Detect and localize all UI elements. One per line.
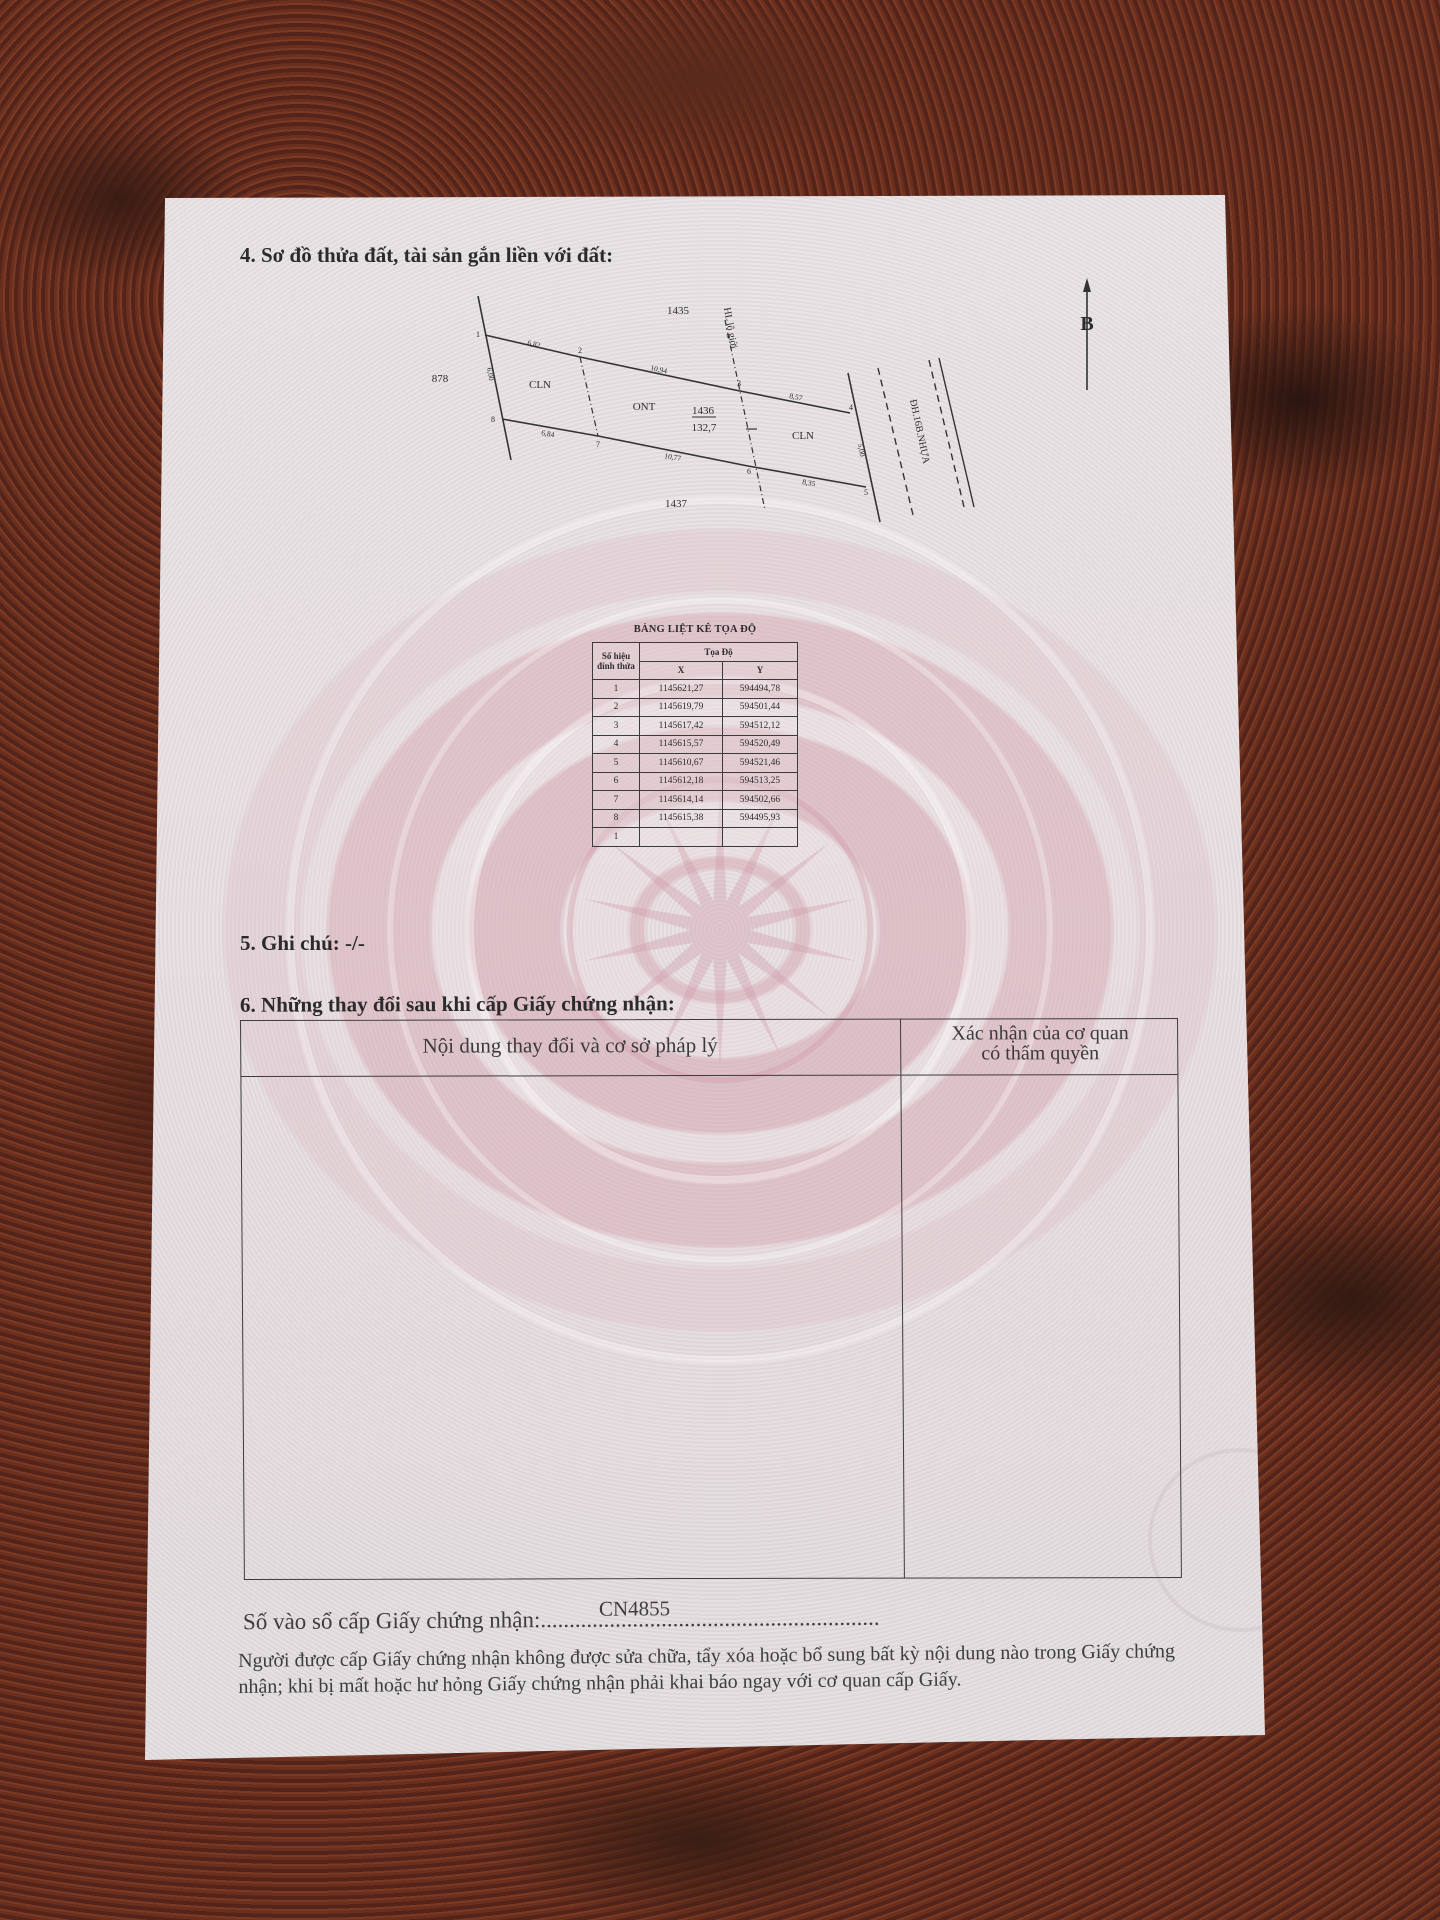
svg-text:8: 8 <box>491 415 495 424</box>
coordinate-row: 41145615,57594520,49 <box>593 735 798 754</box>
svg-text:6,82: 6,82 <box>527 338 542 350</box>
coordinate-cell-y: 594520,49 <box>722 735 797 754</box>
coordinate-cell-x: 1145621,27 <box>640 680 723 699</box>
neighbor-west: 878 <box>432 373 449 385</box>
coordinate-row: 81145615,38594495,93 <box>593 809 798 828</box>
svg-text:3: 3 <box>737 379 741 388</box>
land-use-left: CLN <box>529 379 551 391</box>
col-x-header: X <box>640 661 723 680</box>
registration-line: Số vào sổ cấp Giấy chứng nhận:..........… <box>243 1605 880 1635</box>
changes-table: Nội dung thay đổi và cơ sở pháp lý Xác n… <box>240 1018 1182 1580</box>
coordinate-row: 11145621,27594494,78 <box>593 680 798 699</box>
coordinate-cell-x: 1145610,67 <box>640 754 723 773</box>
registration-number: CN4855 <box>599 1596 670 1621</box>
coordinate-cell-x: 1145617,42 <box>640 717 723 736</box>
parcel-area: 132,7 <box>692 422 717 434</box>
coordinate-cell-point: 3 <box>593 717 640 736</box>
changes-confirm-header: Xác nhận của cơ quan có thẩm quyền <box>902 1023 1178 1064</box>
svg-text:1: 1 <box>476 330 480 339</box>
registration-label: Số vào sổ cấp Giấy chứng nhận: <box>243 1607 541 1634</box>
col-group-header: Tọa Độ <box>640 643 798 662</box>
svg-text:10,77: 10,77 <box>664 451 682 463</box>
coordinate-cell-x: 1145619,79 <box>640 698 723 717</box>
col-point-header: Số hiệu đỉnh thửa <box>593 643 640 680</box>
coordinate-row: 31145617,42594512,12 <box>593 717 798 736</box>
coordinate-cell-point: 4 <box>593 735 640 754</box>
coordinate-cell-point: 1 <box>593 828 640 847</box>
coordinate-cell-x: 1145614,14 <box>640 791 723 810</box>
coordinate-cell-y <box>722 828 797 847</box>
svg-text:2: 2 <box>578 346 582 355</box>
land-use-right: CLN <box>792 430 814 442</box>
svg-text:7: 7 <box>596 440 600 449</box>
parcel-number: 1436 <box>692 405 715 417</box>
svg-text:6: 6 <box>747 467 751 476</box>
coordinate-cell-point: 2 <box>593 698 640 717</box>
coordinate-row: 51145610,67594521,46 <box>593 754 798 773</box>
coordinate-cell-y: 594494,78 <box>722 680 797 699</box>
svg-text:6,00: 6,00 <box>485 367 496 382</box>
coordinate-row: 61145612,18594513,25 <box>593 772 798 791</box>
coordinate-cell-x: 1145615,57 <box>640 735 723 754</box>
svg-text:5,00: 5,00 <box>856 443 867 458</box>
coordinate-cell-y: 594513,25 <box>722 772 797 791</box>
svg-text:4: 4 <box>849 403 853 412</box>
coordinate-cell-point: 5 <box>593 754 640 773</box>
col-y-header: Y <box>722 661 797 680</box>
coordinate-cell-y: 594521,46 <box>722 754 797 773</box>
svg-text:5: 5 <box>864 488 868 497</box>
coordinate-cell-x: 1145612,18 <box>640 772 723 791</box>
legal-notice: Người được cấp Giấy chứng nhận không đượ… <box>238 1638 1198 1700</box>
svg-text:6,84: 6,84 <box>541 428 556 439</box>
coordinate-cell-point: 1 <box>593 680 640 699</box>
coordinate-cell-y: 594501,44 <box>722 698 797 717</box>
coordinate-row: 1 <box>593 828 798 847</box>
road-label: ĐH.16B.NHỰA <box>907 398 932 465</box>
coordinate-table: Số hiệu đỉnh thửa Tọa Độ X Y 11145621,27… <box>592 642 798 847</box>
coordinate-cell-y: 594512,12 <box>722 717 797 736</box>
boundary-line-label: HL lộ giới <box>721 307 739 350</box>
coordinate-row: 21145619,79594501,44 <box>593 698 798 717</box>
coordinate-cell-point: 7 <box>593 791 640 810</box>
coordinate-cell-y: 594495,93 <box>722 809 797 828</box>
land-use-middle: ONT <box>633 401 656 413</box>
svg-text:8,35: 8,35 <box>802 477 817 488</box>
coordinate-cell-y: 594502,66 <box>722 791 797 810</box>
north-label: B <box>1080 313 1093 335</box>
coordinate-cell-point: 6 <box>593 772 640 791</box>
certificate-page: 4. Sơ đồ thửa đất, tài sản gắn liền với … <box>0 0 1440 1920</box>
coordinate-cell-x: 1145615,38 <box>640 809 723 828</box>
neighbor-north: 1435 <box>667 305 690 317</box>
coordinate-row: 71145614,14594502,66 <box>593 791 798 810</box>
changes-content-header: Nội dung thay đổi và cơ sở pháp lý <box>240 1033 900 1059</box>
svg-text:10,94: 10,94 <box>650 363 669 375</box>
section-5-heading: 5. Ghi chú: -/- <box>240 931 365 956</box>
coordinate-cell-point: 8 <box>593 809 640 828</box>
neighbor-south: 1437 <box>665 498 688 510</box>
section-6-heading: 6. Những thay đổi sau khi cấp Giấy chứng… <box>240 991 675 1018</box>
coordinate-cell-x <box>640 828 723 847</box>
land-plot-diagram: B 1435 1437 878 CLN ONT CLN 1436 132,7 1… <box>0 0 1440 1920</box>
coordinate-table-title: BẢNG LIỆT KÊ TỌA ĐỘ <box>585 624 805 635</box>
